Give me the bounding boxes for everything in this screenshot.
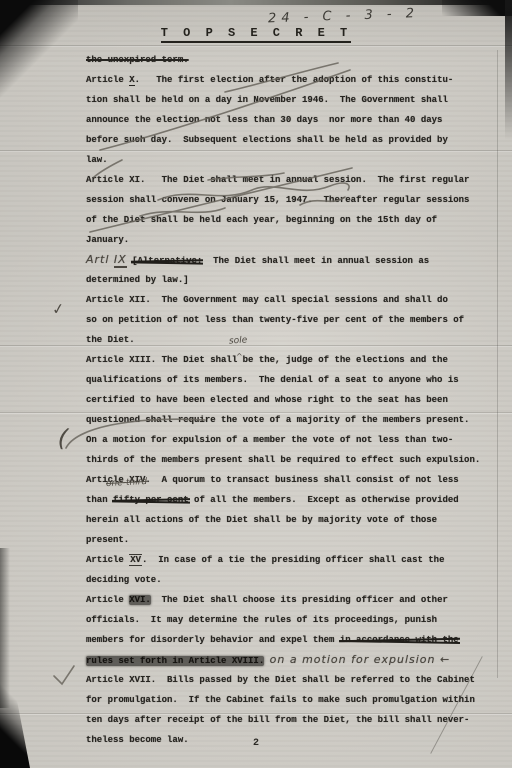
- document-line: of the Diet shall be held each year, beg…: [86, 210, 490, 230]
- text-segment: Article XI. The Diet shall meet in annua…: [86, 175, 469, 185]
- text-segment: fifty per cent: [113, 495, 189, 505]
- document-line: officials. It may determine the rules of…: [86, 610, 490, 630]
- document-line: certified to have been elected and whose…: [86, 390, 490, 410]
- document-line: for promulgation. If the Cabinet fails t…: [86, 690, 490, 710]
- text-segment: The Diet shall meet in annual session as: [202, 256, 429, 266]
- text-segment: of the Diet shall be held each year, beg…: [86, 215, 437, 225]
- text-segment: of all the members. Except as otherwise …: [189, 495, 459, 505]
- text-segment: On a motion for expulsion of a member th…: [86, 435, 453, 445]
- vertical-crease: [497, 50, 498, 678]
- text-segment: Article: [86, 555, 129, 565]
- insert-caret-mark: ^: [236, 352, 243, 361]
- text-segment: herein all actions of the Diet shall be …: [86, 515, 437, 525]
- document-line: Article XII. The Government may call spe…: [86, 290, 490, 310]
- document-line: thirds of the members present shall be r…: [86, 450, 490, 470]
- text-segment: qualifications of its members. The denia…: [86, 375, 459, 385]
- text-segment: present.: [86, 535, 129, 545]
- document-line: tion shall be held on a day in November …: [86, 90, 490, 110]
- document-line: January.: [86, 230, 490, 250]
- photostat-left-edge: [0, 548, 10, 708]
- text-segment: in accordance with the: [340, 635, 459, 645]
- handwritten-sole-insert: sole: [229, 335, 248, 346]
- text-segment: Artl: [86, 253, 114, 266]
- document-line: Article XI. The Diet shall meet in annua…: [86, 170, 490, 190]
- text-segment: deciding vote.: [86, 575, 162, 585]
- document-line: Artl IX [Alternative: The Diet shall mee…: [86, 250, 490, 270]
- text-segment: Article XII. The Government may call spe…: [86, 295, 448, 305]
- document-line: deciding vote.: [86, 570, 490, 590]
- text-segment: announce the election not less than 30 d…: [86, 115, 442, 125]
- text-segment: members for disorderly behavior and expe…: [86, 635, 340, 645]
- text-segment: Article: [86, 595, 129, 605]
- text-segment: thirds of the members present shall be r…: [86, 455, 480, 465]
- text-segment: XVI.: [129, 595, 151, 605]
- document-line: before such day. Subsequent elections sh…: [86, 130, 490, 150]
- document-line: questioned shall require the vote of a m…: [86, 410, 490, 430]
- document-line: Article XV. In case of a tie the presidi…: [86, 550, 490, 570]
- text-segment: . The first election after the adoption …: [135, 75, 454, 85]
- document-line: announce the election not less than 30 d…: [86, 110, 490, 130]
- text-segment: on a motion for expulsion ←: [270, 653, 451, 666]
- text-segment: IX: [114, 253, 127, 268]
- text-segment: determined by law.]: [86, 275, 189, 285]
- text-segment: ten days after receipt of the bill from …: [86, 715, 469, 725]
- document-line: members for disorderly behavior and expe…: [86, 630, 490, 650]
- document-line: law.: [86, 150, 490, 170]
- text-segment: the Diet.: [86, 335, 135, 345]
- text-segment: [Alternative:: [132, 256, 202, 266]
- handwritten-quorum-correction: one-third: [106, 477, 148, 489]
- document-line: so on petition of not less than twenty-f…: [86, 310, 490, 330]
- text-segment: XV: [129, 554, 142, 566]
- photostat-right-edge: [505, 0, 512, 140]
- document-line: Article XVI. The Diet shall choose its p…: [86, 590, 490, 610]
- text-segment: . In case of a tie the presiding officer…: [142, 555, 444, 565]
- margin-check-mark: ✓: [51, 299, 66, 319]
- classification-text: T O P S E C R E T: [161, 26, 351, 43]
- document-line: Article XVII. Bills passed by the Diet s…: [86, 670, 490, 690]
- text-segment: Article: [86, 75, 129, 85]
- classification-header: T O P S E C R E T: [0, 26, 512, 40]
- text-segment: January.: [86, 235, 129, 245]
- text-segment: rules set forth in Article XVIII.: [86, 656, 264, 666]
- document-body: the unexpired term.Article X. The first …: [86, 50, 490, 750]
- document-line: ten days after receipt of the bill from …: [86, 710, 490, 730]
- document-line: Article XIII. The Diet shall be the, jud…: [86, 350, 490, 370]
- text-segment: the unexpired term.: [86, 55, 189, 65]
- text-segment: for promulgation. If the Cabinet fails t…: [86, 695, 475, 705]
- text-segment: Article XIII. The Diet shall be the, jud…: [86, 355, 448, 365]
- document-line: herein all actions of the Diet shall be …: [86, 510, 490, 530]
- page-number: 2: [0, 738, 512, 749]
- text-segment: before such day. Subsequent elections sh…: [86, 135, 448, 145]
- document-line: session shall convene on January 15, 194…: [86, 190, 490, 210]
- document-line: the Diet.: [86, 330, 490, 350]
- text-segment: certified to have been elected and whose…: [86, 395, 448, 405]
- photostat-corner-top-left: [0, 0, 78, 112]
- text-segment: The Diet shall choose its presiding offi…: [151, 595, 448, 605]
- document-line: qualifications of its members. The denia…: [86, 370, 490, 390]
- document-line: determined by law.]: [86, 270, 490, 290]
- document-line: the unexpired term.: [86, 50, 490, 70]
- text-segment: than: [86, 495, 113, 505]
- document-line: rules set forth in Article XVIII. on a m…: [86, 650, 490, 670]
- document-line: Article X. The first election after the …: [86, 70, 490, 90]
- text-segment: so on petition of not less than twenty-f…: [86, 315, 464, 325]
- text-segment: law.: [86, 155, 108, 165]
- text-segment: Article XVII. Bills passed by the Diet s…: [86, 675, 475, 685]
- document-line: present.: [86, 530, 490, 550]
- text-segment: questioned shall require the vote of a m…: [86, 415, 469, 425]
- text-segment: tion shall be held on a day in November …: [86, 95, 448, 105]
- text-segment: session shall convene on January 15, 194…: [86, 195, 469, 205]
- document-line: than fifty per cent of all the members. …: [86, 490, 490, 510]
- text-segment: officials. It may determine the rules of…: [86, 615, 437, 625]
- document-line: On a motion for expulsion of a member th…: [86, 430, 490, 450]
